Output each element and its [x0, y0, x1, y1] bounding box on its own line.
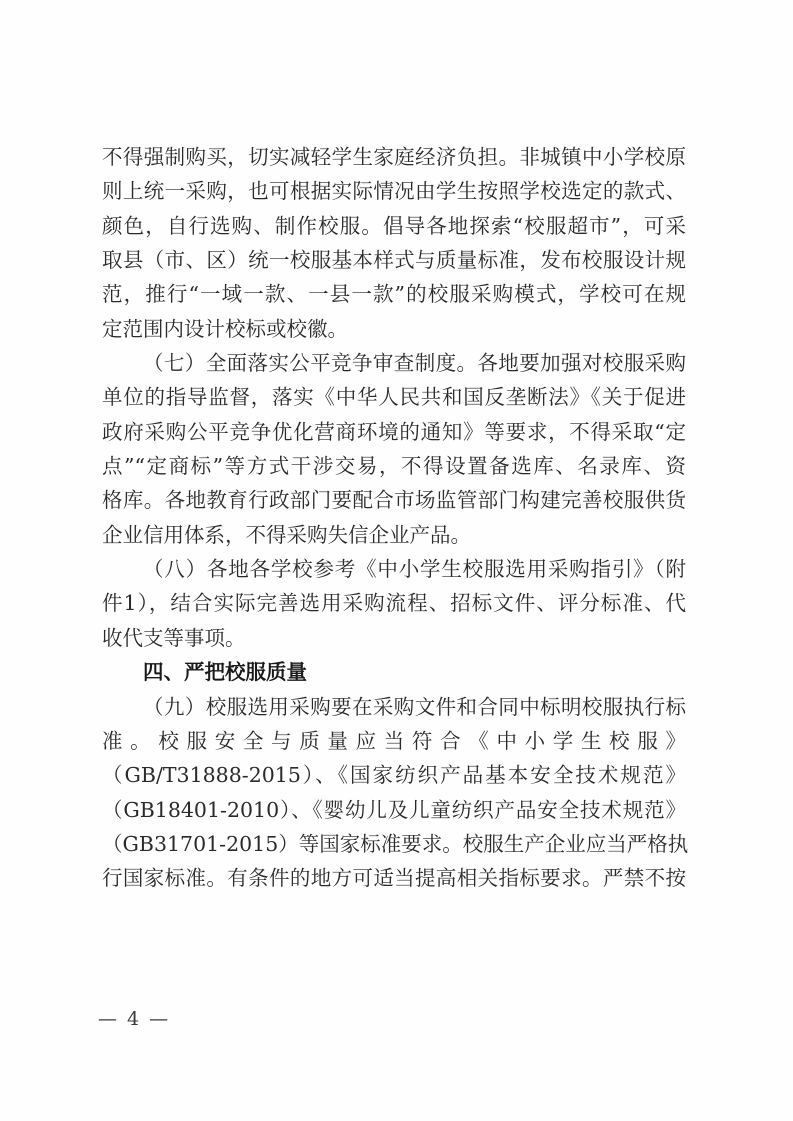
text-line: 行国家标准。有条件的地方可适当提高相关指标要求。严禁不按 — [102, 861, 686, 895]
text-line: 格库。各地教育行政部门要配合市场监管部门构建完善校服供货 — [102, 483, 686, 517]
text-line: 件1），结合实际完善选用采购流程、招标文件、评分标准、代 — [102, 586, 686, 620]
text-line: 不得强制购买，切实减轻学生家庭经济负担。非城镇中小学校原 — [102, 140, 686, 174]
page-number: — 4 — — [98, 1008, 170, 1030]
text-line: 点”“定商标”等方式干涉交易，不得设置备选库、名录库、资 — [102, 449, 686, 483]
paragraph-7-start: （七）全面落实公平竞争审查制度。各地要加强对校服采购 — [102, 346, 686, 380]
text-line: 政府采购公平竞争优化营商环境的通知》等要求，不得采取“定 — [102, 415, 686, 449]
text-line: （GB18401-2010）、《婴幼儿及儿童纺织产品安全技术规范》 — [102, 793, 686, 827]
text-line: 颜色，自行选购、制作校服。倡导各地探索“校服超市”，可采 — [102, 209, 686, 243]
section-heading: 四、严把校服质量 — [102, 655, 686, 689]
paragraph-9-start: （九）校服选用采购要在采购文件和合同中标明校服执行标 — [102, 690, 686, 724]
text-line: 企业信用体系，不得采购失信企业产品。 — [102, 518, 686, 552]
paragraph-8-start: （八）各地各学校参考《中小学生校服选用采购指引》（附 — [102, 552, 686, 586]
text-line: 则上统一采购，也可根据实际情况由学生按照学校选定的款式、 — [102, 174, 686, 208]
document-page: 不得强制购买，切实减轻学生家庭经济负担。非城镇中小学校原 则上统一采购，也可根据… — [0, 0, 793, 1121]
text-line: 取县（市、区）统一校服基本样式与质量标准，发布校服设计规 — [102, 243, 686, 277]
document-body: 不得强制购买，切实减轻学生家庭经济负担。非城镇中小学校原 则上统一采购，也可根据… — [102, 140, 686, 896]
text-line: （GB/T31888-2015）、《国家纺织产品基本安全技术规范》 — [102, 758, 686, 792]
text-line: 收代支等事项。 — [102, 621, 686, 655]
text-line: （GB31701-2015）等国家标准要求。校服生产企业应当严格执 — [102, 827, 686, 861]
text-line: 准。校服安全与质量应当符合《中小学生校服》 — [102, 724, 686, 758]
text-line: 单位的指导监督，落实《中华人民共和国反垄断法》《关于促进 — [102, 380, 686, 414]
text-line: 范，推行“一域一款、一县一款”的校服采购模式，学校可在规 — [102, 277, 686, 311]
text-line: 定范围内设计校标或校徽。 — [102, 312, 686, 346]
